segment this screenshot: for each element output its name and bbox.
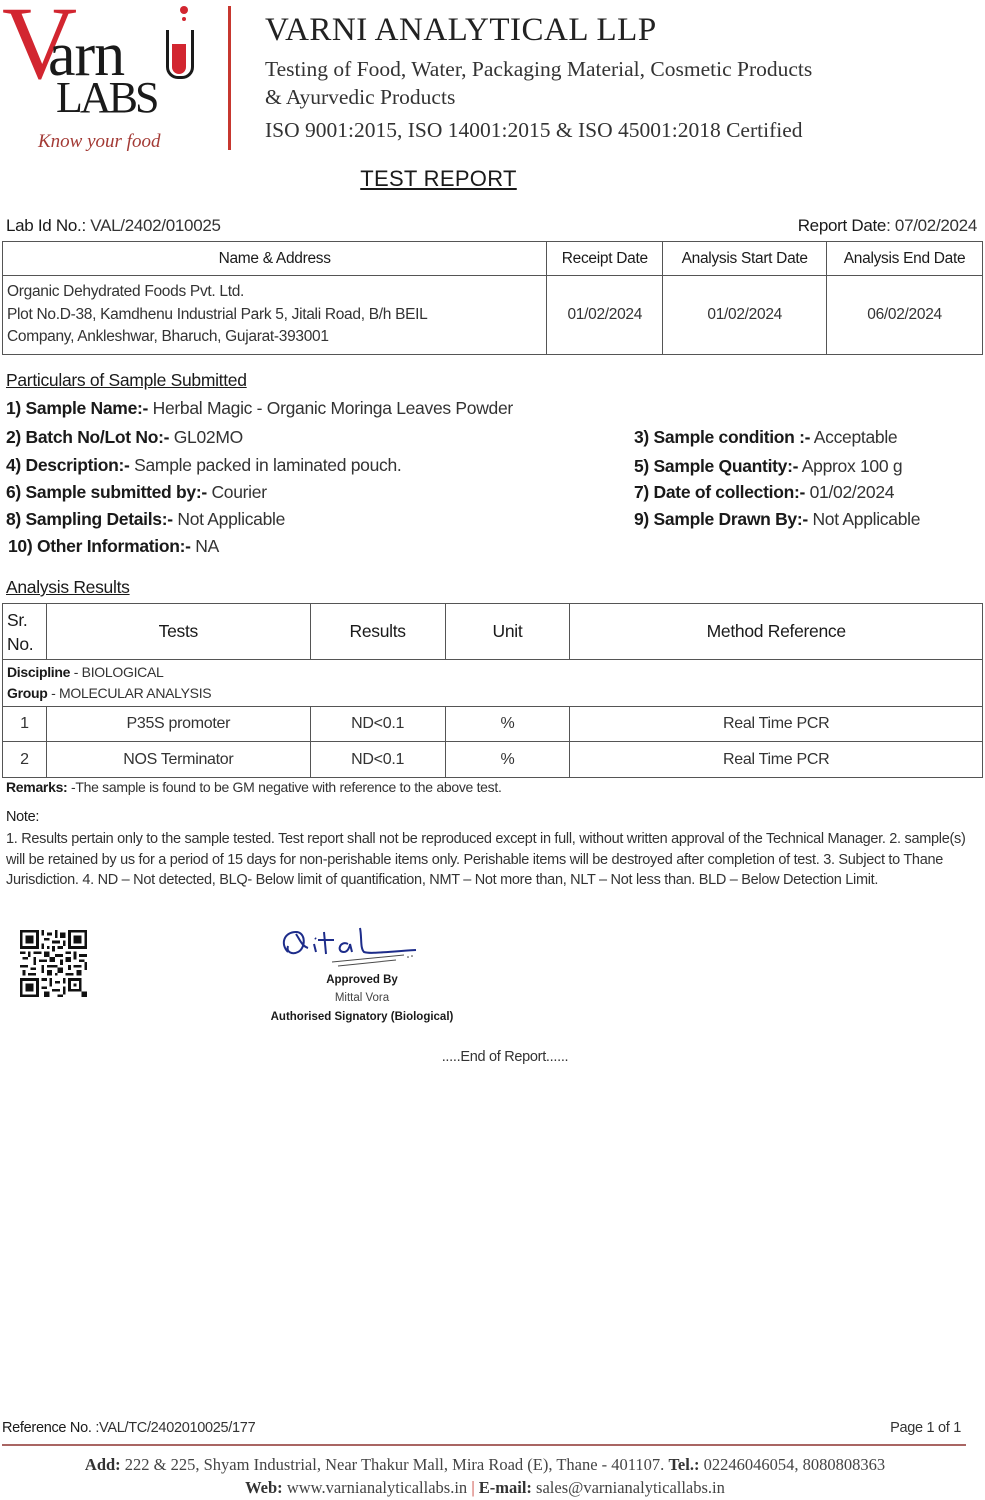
- test-tube-fill: [172, 44, 186, 74]
- particular-sample-quantity: 5) Sample Quantity:- Approx 100 g: [634, 456, 902, 477]
- particular-value: Acceptable: [810, 427, 897, 447]
- col-unit: Unit: [445, 604, 570, 660]
- particular-value: 01/02/2024: [805, 482, 894, 502]
- particular-label: 10) Other Information:-: [8, 536, 191, 556]
- end-of-report: .....End of Report......: [410, 1049, 600, 1065]
- test-method: Real Time PCR: [570, 742, 983, 778]
- particular-sample-condition: 3) Sample condition :- Acceptable: [634, 427, 897, 448]
- particular-label: 3) Sample condition :-: [634, 427, 810, 447]
- logo-drop-icon: [180, 6, 188, 14]
- particular-label: 7) Date of collection:-: [634, 482, 805, 502]
- table-header-row: Name & Address Receipt Date Analysis Sta…: [3, 242, 983, 276]
- tel-label: Tel.:: [668, 1455, 699, 1474]
- col-method: Method Reference: [570, 604, 983, 660]
- lab-id-value: VAL/2402/010025: [86, 216, 221, 235]
- particular-value: NA: [191, 536, 219, 556]
- table-row: 1 P35S promoter ND<0.1 % Real Time PCR: [3, 707, 983, 742]
- header-divider: [228, 6, 231, 150]
- address-line: Company, Ankleshwar, Bharuch, Gujarat-39…: [7, 326, 542, 349]
- sr-no: 2: [3, 742, 47, 778]
- reference-number: Reference No. :VAL/TC/2402010025/177: [2, 1420, 255, 1436]
- test-result: ND<0.1: [310, 707, 445, 742]
- discipline-value: - BIOLOGICAL: [70, 664, 163, 680]
- tel-value: 02246046054, 8080808363: [699, 1455, 885, 1474]
- particular-label: 9) Sample Drawn By:-: [634, 509, 808, 529]
- particular-label: 2) Batch No/Lot No:-: [6, 427, 169, 447]
- approver-role: Authorised Signatory (Biological): [262, 1011, 462, 1023]
- particular-sample-name: 1) Sample Name:- Herbal Magic - Organic …: [6, 398, 513, 419]
- particular-label: 6) Sample submitted by:-: [6, 482, 207, 502]
- particular-value: Sample packed in laminated pouch.: [130, 455, 402, 475]
- report-date-value: : 07/02/2024: [886, 216, 977, 235]
- test-name: NOS Terminator: [46, 742, 310, 778]
- qr-code-icon[interactable]: [20, 930, 87, 997]
- web-label: Web:: [245, 1478, 283, 1497]
- particular-value: GL02MO: [169, 427, 243, 447]
- lab-id-label: Lab Id No.:: [6, 216, 86, 235]
- address-value: 222 & 225, Shyam Industrial, Near Thakur…: [121, 1455, 669, 1474]
- page-number: Page 1 of 1: [890, 1420, 961, 1436]
- col-receipt-date: Receipt Date: [547, 242, 663, 276]
- particular-value: Courier: [207, 482, 267, 502]
- email-label: E-mail:: [475, 1478, 532, 1497]
- table-header-row: Sr. No. Tests Results Unit Method Refere…: [3, 604, 983, 660]
- email-link[interactable]: sales@varnianalyticallabs.in: [532, 1478, 725, 1497]
- discipline-group-row: Discipline - BIOLOGICAL Group - MOLECULA…: [3, 660, 983, 707]
- test-result: ND<0.1: [310, 742, 445, 778]
- remarks-value: -The sample is found to be GM negative w…: [67, 779, 501, 795]
- report-date-label: Report Date: [798, 216, 886, 235]
- reference-value: :VAL/TC/2402010025/177: [92, 1420, 256, 1436]
- col-results: Results: [310, 604, 445, 660]
- company-name: VARNI ANALYTICAL LLP: [265, 12, 657, 49]
- lab-id: Lab Id No.: VAL/2402/010025: [6, 216, 221, 236]
- test-method: Real Time PCR: [570, 707, 983, 742]
- sr-no: 1: [3, 707, 47, 742]
- particular-sampling-details: 8) Sampling Details:- Not Applicable: [6, 509, 285, 530]
- discipline: Discipline - BIOLOGICAL: [7, 662, 978, 683]
- approved-by-label: Approved By: [262, 974, 462, 986]
- particular-label: 8) Sampling Details:-: [6, 509, 173, 529]
- discipline-label: Discipline: [7, 664, 70, 680]
- address-line: Organic Dehydrated Foods Pvt. Ltd.: [7, 281, 542, 304]
- footer-contact: Web: www.varnianalyticallabs.in | E-mail…: [0, 1478, 970, 1498]
- test-unit: %: [445, 742, 570, 778]
- col-tests: Tests: [46, 604, 310, 660]
- logo-labs: LABS: [56, 76, 156, 120]
- analysis-heading: Analysis Results: [6, 577, 130, 598]
- reference-label: Reference No.: [2, 1420, 92, 1436]
- particular-value: Not Applicable: [808, 509, 920, 529]
- particular-other-info: 10) Other Information:- NA: [8, 536, 219, 557]
- company-subtitle: Testing of Food, Water, Packaging Materi…: [265, 57, 812, 82]
- particular-label: 4) Description:-: [6, 455, 130, 475]
- col-analysis-end: Analysis End Date: [827, 242, 983, 276]
- particular-label: 5) Sample Quantity:-: [634, 456, 798, 476]
- particular-value: Herbal Magic - Organic Moringa Leaves Po…: [148, 398, 513, 418]
- customer-table: Name & Address Receipt Date Analysis Sta…: [2, 241, 983, 355]
- signature-icon: [276, 922, 426, 970]
- particular-label: 1) Sample Name:-: [6, 398, 148, 418]
- remarks: Remarks: -The sample is found to be GM n…: [6, 779, 502, 795]
- remarks-label: Remarks:: [6, 779, 67, 795]
- particular-submitted-by: 6) Sample submitted by:- Courier: [6, 482, 267, 503]
- note-label: Note:: [6, 809, 39, 825]
- footer-address: Add: 222 & 225, Shyam Industrial, Near T…: [0, 1455, 970, 1475]
- particulars-heading: Particulars of Sample Submitted: [6, 370, 247, 391]
- table-row: Organic Dehydrated Foods Pvt. Ltd. Plot …: [3, 276, 983, 355]
- col-sr-label: Sr.: [7, 608, 46, 632]
- website-link[interactable]: www.varnianalyticallabs.in: [283, 1478, 472, 1497]
- logo-tagline: Know your food: [38, 131, 160, 153]
- note-text: 1. Results pertain only to the sample te…: [6, 829, 981, 891]
- col-sr-no: Sr. No.: [3, 604, 47, 660]
- analysis-start-date: 01/02/2024: [663, 276, 827, 355]
- particular-sample-drawn-by: 9) Sample Drawn By:- Not Applicable: [634, 509, 920, 530]
- receipt-date: 01/02/2024: [547, 276, 663, 355]
- approver-name: Mittal Vora: [262, 992, 462, 1004]
- test-name: P35S promoter: [46, 707, 310, 742]
- report-date: Report Date: 07/02/2024: [798, 216, 977, 236]
- analysis-results-table: Sr. No. Tests Results Unit Method Refere…: [2, 603, 983, 778]
- certification: ISO 9001:2015, ISO 14001:2015 & ISO 4500…: [265, 118, 803, 143]
- col-analysis-start: Analysis Start Date: [663, 242, 827, 276]
- col-name-address: Name & Address: [3, 242, 547, 276]
- discipline-group: Discipline - BIOLOGICAL Group - MOLECULA…: [3, 660, 983, 707]
- col-sr-label: No.: [7, 632, 46, 656]
- analysis-end-date: 06/02/2024: [827, 276, 983, 355]
- address-line: Plot No.D-38, Kamdhenu Industrial Park 5…: [7, 304, 542, 327]
- group-label: Group: [7, 685, 48, 701]
- particular-description: 4) Description:- Sample packed in lamina…: [6, 455, 401, 476]
- group: Group - MOLECULAR ANALYSIS: [7, 683, 978, 704]
- group-value: - MOLECULAR ANALYSIS: [48, 685, 212, 701]
- footer-divider: [2, 1444, 966, 1446]
- particular-value: Not Applicable: [173, 509, 285, 529]
- particular-date-of-collection: 7) Date of collection:- 01/02/2024: [634, 482, 894, 503]
- particular-value: Approx 100 g: [798, 456, 902, 476]
- company-subtitle: & Ayurvedic Products: [265, 85, 455, 110]
- report-title: TEST REPORT: [0, 166, 877, 192]
- customer-address: Organic Dehydrated Foods Pvt. Ltd. Plot …: [3, 276, 547, 355]
- logo-drop-icon: [182, 17, 186, 21]
- address-label: Add:: [85, 1455, 121, 1474]
- particular-batch-no: 2) Batch No/Lot No:- GL02MO: [6, 427, 243, 448]
- table-row: 2 NOS Terminator ND<0.1 % Real Time PCR: [3, 742, 983, 778]
- test-unit: %: [445, 707, 570, 742]
